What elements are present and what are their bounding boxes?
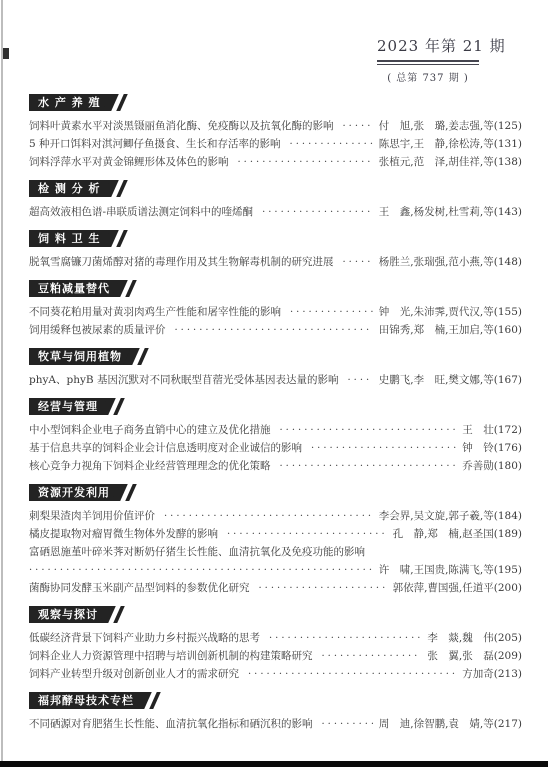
entry-title: 5 种开口饵料对淇河鲫仔鱼摄食、生长和存活率的影响 bbox=[29, 135, 281, 153]
banner-tail-stripe bbox=[113, 606, 125, 623]
section-banner: 饲 料 卫 生 bbox=[29, 230, 111, 247]
entry-authors: 王 壮 bbox=[462, 421, 494, 439]
print-registration-mark bbox=[3, 48, 9, 59]
toc-entry-authors-row: 许 啸,王国贵,陈满飞,等(195) bbox=[29, 561, 522, 579]
leader-dots bbox=[280, 422, 457, 440]
entry-authors: 孔 静,郑 楠,赵圣国 bbox=[393, 525, 494, 543]
leader-dots bbox=[175, 322, 373, 340]
entry-page: (138) bbox=[494, 153, 522, 171]
toc-section: 福邦酵母技术专栏不同硒源对育肥猪生长性能、血清抗氧化指标和硒沉积的影响周 迪,徐… bbox=[29, 689, 522, 733]
toc-entry-row: phyA、phyB 基因沉默对不同秋眠型苜蓿光受体基因表达量的影响史鹏飞,李 旺… bbox=[29, 371, 522, 389]
banner-tail-stripe bbox=[149, 692, 161, 709]
issue-subtitle: ( 总第 737 期 ) bbox=[377, 69, 479, 84]
leader-dots bbox=[248, 666, 456, 684]
section-banner-label: 饲 料 卫 生 bbox=[29, 230, 111, 247]
toc-section: 资源开发利用刺梨果渣肉羊饲用价值评价李会界,吴文旋,郭子羲,等(184)橘皮提取… bbox=[29, 481, 522, 597]
entry-page: (125) bbox=[494, 117, 522, 135]
entry-page: (184) bbox=[494, 507, 522, 525]
leader-dots bbox=[280, 458, 457, 476]
section-banner: 福邦酵母技术专栏 bbox=[29, 692, 144, 709]
leader-dots bbox=[343, 118, 373, 136]
entry-title: 脱氧雪腐镰刀菌烯醇对猪的毒理作用及其生物解毒机制的研究进展 bbox=[29, 253, 334, 271]
entry-title: 核心竞争力视角下饲料企业经营管理理念的优化策略 bbox=[29, 457, 271, 475]
toc-section: 经营与管理中小型饲料企业电子商务直销中心的建立及优化措施王 壮(172)基于信息… bbox=[29, 395, 522, 475]
entry-title: 饲料叶黄素水平对淡黑镊丽鱼消化酶、免疫酶以及抗氧化酶的影响 bbox=[29, 117, 334, 135]
entry-page: (176) bbox=[494, 439, 522, 457]
leader-dots bbox=[269, 630, 421, 648]
entry-page: (160) bbox=[494, 321, 522, 339]
section-banner: 水 产 养 殖 bbox=[29, 94, 111, 111]
toc-entry-row: 超高效液相色谱-串联质谱法测定饲料中的喹烯酮王 鑫,杨发树,杜雪莉,等(143) bbox=[29, 203, 522, 221]
entry-authors: 方加奇 bbox=[462, 665, 494, 683]
entry-authors: 周 迪,徐智鹏,袁 婧,等 bbox=[379, 715, 494, 733]
entry-title: 刺梨果渣肉羊饲用价值评价 bbox=[29, 507, 155, 525]
toc-entry-row: 饲料叶黄素水平对淡黑镊丽鱼消化酶、免疫酶以及抗氧化酶的影响付 旭,张 璐,姜志强… bbox=[29, 117, 522, 135]
section-banner: 观察与探讨 bbox=[29, 606, 108, 623]
entry-title: 橘皮提取物对瘤胃微生物体外发酵的影响 bbox=[29, 525, 218, 543]
section-banner: 牧草与饲用植物 bbox=[29, 348, 132, 365]
section-banner: 资源开发利用 bbox=[29, 484, 120, 501]
toc-entry-row: 饲料产业转型升级对创新创业人才的需求研究方加奇(213) bbox=[29, 665, 522, 683]
entry-page: (213) bbox=[494, 665, 522, 683]
entry-title: 饲料浮萍水平对黄金锦鲤形体及体色的影响 bbox=[29, 153, 229, 171]
entry-authors: 郭依萍,曹国强,任道平 bbox=[393, 579, 494, 597]
entry-page: (180) bbox=[494, 457, 522, 475]
entry-page: (131) bbox=[494, 135, 522, 153]
leader-dots bbox=[347, 372, 372, 390]
toc-entry-row: 5 种开口饵料对淇河鲫仔鱼摄食、生长和存活率的影响陈思宇,王 静,徐松涛,等(1… bbox=[29, 135, 522, 153]
entry-title: 富硒恩施堇叶碎米荠对断奶仔猪生长性能、血清抗氧化及免疫功能的影响 bbox=[29, 543, 365, 561]
toc-entry-row: 低碳经济背景下饲料产业助力乡村振兴战略的思考李 燚,魏 伟(205) bbox=[29, 629, 522, 647]
entry-title: 不同硒源对育肥猪生长性能、血清抗氧化指标和硒沉积的影响 bbox=[29, 715, 313, 733]
entry-page: (205) bbox=[494, 629, 522, 647]
entry-title: 饲料产业转型升级对创新创业人才的需求研究 bbox=[29, 665, 239, 683]
entry-page: (189) bbox=[494, 525, 522, 543]
section-banner-label: 豆粕减量替代 bbox=[29, 280, 120, 297]
toc-section: 检 测 分 析超高效液相色谱-串联质谱法测定饲料中的喹烯酮王 鑫,杨发树,杜雪莉… bbox=[29, 177, 522, 221]
entry-authors: 田锦秀,郑 楠,王加启,等 bbox=[379, 321, 494, 339]
entry-authors: 付 旭,张 璐,姜志强,等 bbox=[379, 117, 494, 135]
toc-section: 饲 料 卫 生脱氧雪腐镰刀菌烯醇对猪的毒理作用及其生物解毒机制的研究进展杨胜兰,… bbox=[29, 227, 522, 271]
leader-dots bbox=[238, 154, 373, 172]
leader-dots bbox=[259, 580, 387, 598]
leader-dots bbox=[290, 136, 373, 154]
section-banner: 豆粕减量替代 bbox=[29, 280, 120, 297]
entry-authors: 张 翼,张 磊 bbox=[427, 647, 493, 665]
toc-entry-row: 菌酶协同发酵玉米副产品型饲料的参数优化研究郭依萍,曹国强,任道平(200) bbox=[29, 579, 522, 597]
leader-dots bbox=[227, 526, 387, 544]
entry-title: 超高效液相色谱-串联质谱法测定饲料中的喹烯酮 bbox=[29, 203, 253, 221]
leader-dots bbox=[164, 508, 373, 526]
section-banner-label: 观察与探讨 bbox=[29, 606, 108, 623]
entry-authors: 陈思宇,王 静,徐松涛,等 bbox=[379, 135, 494, 153]
toc-entry-title-row: 富硒恩施堇叶碎米荠对断奶仔猪生长性能、血清抗氧化及免疫功能的影响 bbox=[29, 543, 522, 561]
section-banner-label: 牧草与饲用植物 bbox=[29, 348, 132, 365]
section-banner-label: 福邦酵母技术专栏 bbox=[29, 692, 144, 709]
leader-dots bbox=[290, 304, 373, 322]
toc-entry-row: 不同葵花粕用量对黄羽肉鸡生产性能和屠宰性能的影响钟 光,朱沛霁,贾代汉,等(15… bbox=[29, 303, 522, 321]
toc-entry-row: 饲用缓释包被尿素的质量评价田锦秀,郑 楠,王加启,等(160) bbox=[29, 321, 522, 339]
entry-title: 基于信息共享的饲料企业会计信息透明度对企业诚信的影响 bbox=[29, 439, 302, 457]
entry-title: 不同葵花粕用量对黄羽肉鸡生产性能和屠宰性能的影响 bbox=[29, 303, 281, 321]
entry-title: 低碳经济背景下饲料产业助力乡村振兴战略的思考 bbox=[29, 629, 260, 647]
entry-authors: 钟 光,朱沛霁,贾代汉,等 bbox=[379, 303, 494, 321]
entry-authors: 张植元,范 泽,胡佳祥,等 bbox=[379, 153, 494, 171]
entry-title: 饲用缓释包被尿素的质量评价 bbox=[29, 321, 166, 339]
section-banner-label: 检 测 分 析 bbox=[29, 180, 111, 197]
entry-page: (217) bbox=[494, 715, 522, 733]
leader-dots bbox=[343, 254, 373, 272]
entry-page: (143) bbox=[494, 203, 522, 221]
entry-page: (172) bbox=[494, 421, 522, 439]
toc-entry-row: 中小型饲料企业电子商务直销中心的建立及优化措施王 壮(172) bbox=[29, 421, 522, 439]
scan-left-edge bbox=[1, 0, 3, 761]
section-banner-label: 经营与管理 bbox=[29, 398, 108, 415]
entry-title: 中小型饲料企业电子商务直销中心的建立及优化措施 bbox=[29, 421, 271, 439]
entry-authors: 王 鑫,杨发树,杜雪莉,等 bbox=[379, 203, 494, 221]
entry-authors: 李会界,吴文旋,郭子羲,等 bbox=[379, 507, 494, 525]
toc-list: 水 产 养 殖饲料叶黄素水平对淡黑镊丽鱼消化酶、免疫酶以及抗氧化酶的影响付 旭,… bbox=[29, 91, 522, 733]
entry-page: (167) bbox=[494, 371, 522, 389]
entry-authors: 许 啸,王国贵,陈满飞,等 bbox=[379, 561, 494, 579]
entry-page: (155) bbox=[494, 303, 522, 321]
toc-entry-row: 基于信息共享的饲料企业会计信息透明度对企业诚信的影响钟 铃(176) bbox=[29, 439, 522, 457]
scan-bottom-edge bbox=[0, 761, 548, 767]
toc-section: 牧草与饲用植物phyA、phyB 基因沉默对不同秋眠型苜蓿光受体基因表达量的影响… bbox=[29, 345, 522, 389]
toc-entry-row: 脱氧雪腐镰刀菌烯醇对猪的毒理作用及其生物解毒机制的研究进展杨胜兰,张瑞强,范小燕… bbox=[29, 253, 522, 271]
toc-entry-row: 橘皮提取物对瘤胃微生物体外发酵的影响孔 静,郑 楠,赵圣国(189) bbox=[29, 525, 522, 543]
entry-authors: 史鹏飞,李 旺,樊文娜,等 bbox=[379, 371, 494, 389]
toc-entry-row: 饲料浮萍水平对黄金锦鲤形体及体色的影响张植元,范 泽,胡佳祥,等(138) bbox=[29, 153, 522, 171]
banner-tail-stripe bbox=[137, 348, 149, 365]
toc-section: 水 产 养 殖饲料叶黄素水平对淡黑镊丽鱼消化酶、免疫酶以及抗氧化酶的影响付 旭,… bbox=[29, 91, 522, 171]
section-banner-label: 水 产 养 殖 bbox=[29, 94, 111, 111]
leader-dots bbox=[29, 562, 373, 580]
entry-authors: 乔善勋 bbox=[462, 457, 494, 475]
toc-entry-row: 核心竞争力视角下饲料企业经营管理理念的优化策略乔善勋(180) bbox=[29, 457, 522, 475]
section-banner-label: 资源开发利用 bbox=[29, 484, 120, 501]
toc-section: 豆粕减量替代不同葵花粕用量对黄羽肉鸡生产性能和屠宰性能的影响钟 光,朱沛霁,贾代… bbox=[29, 277, 522, 339]
entry-title: 饲料企业人力资源管理中招聘与培训创新机制的构建策略研究 bbox=[29, 647, 313, 665]
toc-entry-row: 饲料企业人力资源管理中招聘与培训创新机制的构建策略研究张 翼,张 磊(209) bbox=[29, 647, 522, 665]
banner-tail-stripe bbox=[125, 280, 137, 297]
entry-page: (148) bbox=[494, 253, 522, 271]
entry-page: (200) bbox=[494, 579, 522, 597]
section-banner: 检 测 分 析 bbox=[29, 180, 111, 197]
banner-tail-stripe bbox=[113, 398, 125, 415]
banner-tail-stripe bbox=[125, 484, 137, 501]
entry-page: (209) bbox=[494, 647, 522, 665]
entry-authors: 杨胜兰,张瑞强,范小燕,等 bbox=[379, 253, 494, 271]
entry-page: (195) bbox=[494, 561, 522, 579]
entry-authors: 李 燚,魏 伟 bbox=[427, 629, 493, 647]
leader-dots bbox=[322, 716, 373, 734]
toc-entry-row: 刺梨果渣肉羊饲用价值评价李会界,吴文旋,郭子羲,等(184) bbox=[29, 507, 522, 525]
toc-section: 观察与探讨低碳经济背景下饲料产业助力乡村振兴战略的思考李 燚,魏 伟(205)饲… bbox=[29, 603, 522, 683]
header-double-rule bbox=[377, 60, 479, 65]
section-banner: 经营与管理 bbox=[29, 398, 108, 415]
toc-entry-row: 不同硒源对育肥猪生长性能、血清抗氧化指标和硒沉积的影响周 迪,徐智鹏,袁 婧,等… bbox=[29, 715, 522, 733]
leader-dots bbox=[311, 440, 456, 458]
issue-header: 2023 年第 21 期 ( 总第 737 期 ) bbox=[377, 35, 479, 84]
issue-title: 2023 年第 21 期 bbox=[377, 35, 479, 56]
entry-title: phyA、phyB 基因沉默对不同秋眠型苜蓿光受体基因表达量的影响 bbox=[29, 371, 338, 389]
leader-dots bbox=[262, 204, 373, 222]
leader-dots bbox=[322, 648, 422, 666]
entry-title: 菌酶协同发酵玉米副产品型饲料的参数优化研究 bbox=[29, 579, 250, 597]
entry-authors: 钟 铃 bbox=[462, 439, 494, 457]
